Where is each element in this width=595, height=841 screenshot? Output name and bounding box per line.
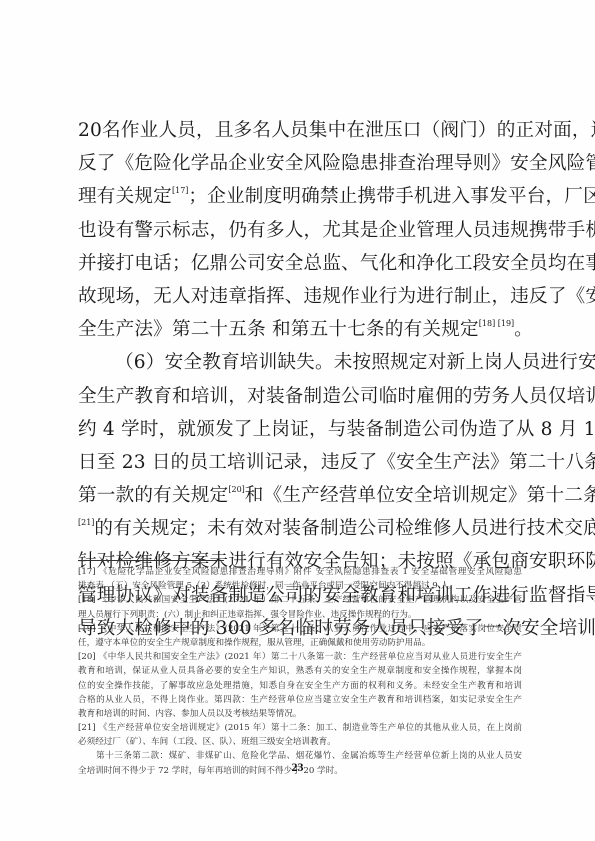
footnote-separator xyxy=(78,560,224,561)
body-line: 日至 23 日的员工培训记录，违反了《安全生产法》第二十八条 xyxy=(78,446,522,479)
footnote-17: [17] 《危险化学品企业安全风险隐患排查治理导则》附件 安全风险隐患排查表 1… xyxy=(78,565,522,579)
footnote-20-cont: 教育和培训，保证从业人员具备必要的安全生产知识，熟悉有关的安全生产规章制度和安全… xyxy=(78,664,522,678)
body-line: 并接打电话；亿鼎公司安全总监、气化和净化工段安全员均在事 xyxy=(78,247,522,280)
footnote-17-cont: 排查表 （五）安全风险管理 5（3）系统性检修时，同一作业平台或同一受限空间内不… xyxy=(78,579,522,593)
body-line: 也设有警示标志，仍有多人，尤其是企业管理人员违规携带手机 xyxy=(78,214,522,247)
footnote-18-cont: 理人员履行下列职责：(六）制止和纠正违章指挥、强令冒险作业、违反操作规程的行为。 xyxy=(78,608,522,622)
text-span: 的有关规定；未有效对装备制造公司检维修人员进行技术交底， xyxy=(94,518,595,539)
text-span: 全生产教育和培训，对装备制造公司临时雇佣的劳务人员仅培训 xyxy=(78,386,595,407)
text-span: 故现场，无人对违章指挥、违规作业行为进行制止，违反了《安 xyxy=(78,286,595,307)
text-span: 和《生产经营单位安全培训规定》第十二条 xyxy=(245,485,595,506)
footnote-20: [20] 《中华人民共和国安全生产法》(2021 年）第二十八条第一款：生产经营… xyxy=(78,650,522,664)
footnote-21-cont: 必须经过厂（矿）、车间（工段、区、队）、班组三级安全培训教育。 xyxy=(78,735,522,749)
body-line: 第一款的有关规定[20]和《生产经营单位安全培训规定》第十二条 xyxy=(78,479,522,512)
footnote-ref-21[interactable]: [21] xyxy=(78,518,94,527)
footnote-18: [18] 《中华人民共和国安全生产法》(2021 年）第二十五条：生产经营单位的… xyxy=(78,593,522,607)
body-line: 故现场，无人对违章指挥、违规作业行为进行制止，违反了《安 xyxy=(78,280,522,313)
section-heading-text: （6）安全教育培训缺失。未按照规定对新上岗人员进行安 xyxy=(115,352,595,373)
footnote-19: [19] 《中华人民共和国安全生产法》(2021 年）第五十七条：从业人员在作业… xyxy=(78,622,522,636)
text-span: 并接打电话；亿鼎公司安全总监、气化和净化工段安全员均在事 xyxy=(78,253,595,274)
footnote-20-cont: 合格的从业人员，不得上岗作业。第四款：生产经营单位应当建立安全生产教育和培训档案… xyxy=(78,693,522,707)
body-line: 理有关规定[17]；企业制度明确禁止携带手机进入事发平台，厂区 xyxy=(78,180,522,213)
footnote-ref-18-19[interactable]: [18] [19] xyxy=(479,319,514,328)
footnote-ref-20[interactable]: [20] xyxy=(228,485,244,494)
body-line: 约 4 学时，就颁发了上岗证，与装备制造公司伪造了从 8 月 15 xyxy=(78,413,522,446)
text-span: 。 xyxy=(514,319,533,340)
text-span: 第一款的有关规定 xyxy=(78,485,228,506)
body-line: 全生产教育和培训，对装备制造公司临时雇佣的劳务人员仅培训 xyxy=(78,380,522,413)
footnote-ref-17[interactable]: [17] xyxy=(172,186,188,195)
page-number: 23 xyxy=(0,760,595,775)
text-span: 20名作业人员，且多名人员集中在泄压口（阀门）的正对面，违 xyxy=(78,120,595,141)
text-span: 反了《危险化学品企业安全风险隐患排查治理导则》安全风险管 xyxy=(78,153,595,174)
text-span: 理有关规定 xyxy=(78,186,172,207)
body-line: （6）安全教育培训缺失。未按照规定对新上岗人员进行安 xyxy=(78,346,522,379)
document-page: 20名作业人员，且多名人员集中在泄压口（阀门）的正对面，违 反了《危险化学品企业… xyxy=(0,0,595,841)
text-span: 全生产法》第二十五条 和第五十七条的有关规定 xyxy=(78,319,479,340)
body-line: 全生产法》第二十五条 和第五十七条的有关规定[18] [19]。 xyxy=(78,313,522,346)
text-span: ；企业制度明确禁止携带手机进入事发平台，厂区 xyxy=(188,186,595,207)
footnote-19-cont: 任，遵守本单位的安全生产规章制度和操作规程，服从管理，正确佩戴和使用劳动防护用品… xyxy=(78,636,522,650)
body-line: 反了《危险化学品企业安全风险隐患排查治理导则》安全风险管 xyxy=(78,147,522,180)
footnote-21: [21] 《生产经营单位安全培训规定》(2015 年）第十二条：加工、制造业等生… xyxy=(78,721,522,735)
footnote-20-cont: 教育和培训的时间、内容、参加人员以及考核结果等情况。 xyxy=(78,707,522,721)
footnotes: [17] 《危险化学品企业安全风险隐患排查治理导则》附件 安全风险隐患排查表 1… xyxy=(78,565,522,778)
text-span: 日至 23 日的员工培训记录，违反了《安全生产法》第二十八条 xyxy=(78,452,595,473)
body-line: 20名作业人员，且多名人员集中在泄压口（阀门）的正对面，违 xyxy=(78,114,522,147)
text-span: 也设有警示标志，仍有多人，尤其是企业管理人员违规携带手机 xyxy=(78,220,595,241)
footnote-20-cont: 位的安全操作技能，了解事故应急处理措施，知悉自身在安全生产方面的权利和义务。未经… xyxy=(78,679,522,693)
text-span: 约 4 学时，就颁发了上岗证，与装备制造公司伪造了从 8 月 15 xyxy=(78,419,595,440)
body-line: [21]的有关规定；未有效对装备制造公司检维修人员进行技术交底， xyxy=(78,512,522,545)
